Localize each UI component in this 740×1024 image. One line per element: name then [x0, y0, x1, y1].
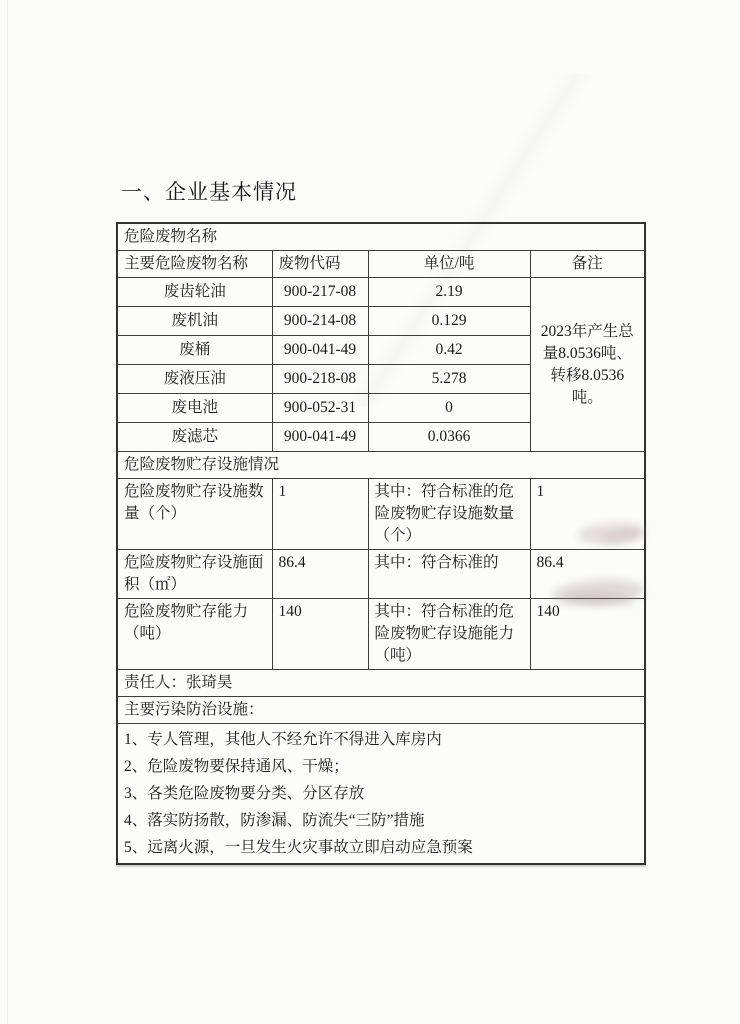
waste-name: 废液压油 — [117, 365, 272, 394]
measure-item: 2、危险废物要保持通风、干燥； — [124, 753, 638, 780]
scanned-document-page: 一、企业基本情况 危险废物名称 主要危险废物名称 废物代码 单位/吨 备注 废齿… — [0, 0, 740, 1024]
column-header-name: 主要危险废物名称 — [117, 251, 272, 278]
waste-qty: 0.0366 — [368, 423, 530, 452]
waste-qty: 5.278 — [368, 365, 530, 394]
waste-qty: 0 — [368, 394, 530, 423]
storage-label: 危险废物贮存设施数量（个） — [117, 479, 272, 550]
remark-cell: 2023年产生总量8.0536吨、 转移8.0536吨。 — [530, 278, 645, 452]
storage-sub-label: 其中：符合标准的危险废物贮存设施能力（吨） — [368, 599, 530, 670]
storage-value: 140 — [272, 599, 368, 670]
scan-edge-artifact — [7, 0, 8, 1024]
storage-label: 危险废物贮存能力（吨） — [117, 599, 272, 670]
waste-qty: 2.19 — [368, 278, 530, 307]
measure-item: 5、远离火源，一旦发生火灾事故立即启动应急预案 — [124, 834, 638, 861]
storage-sub-value: 1 — [530, 479, 645, 550]
table-row: 危险废物贮存设施数量（个） 1 其中：符合标准的危险废物贮存设施数量（个） 1 — [117, 479, 645, 550]
facilities-title: 主要污染防治设施： — [117, 697, 645, 724]
storage-value: 86.4 — [272, 550, 368, 599]
storage-sub-value: 140 — [530, 599, 645, 670]
waste-name: 废滤芯 — [117, 423, 272, 452]
waste-name: 废电池 — [117, 394, 272, 423]
waste-qty: 0.42 — [368, 336, 530, 365]
storage-sub-label: 其中：符合标准的危险废物贮存设施数量（个） — [368, 479, 530, 550]
storage-label: 危险废物贮存设施面积（㎡） — [117, 550, 272, 599]
waste-code: 900-041-49 — [272, 336, 368, 365]
measure-item: 4、落实防扬散，防渗漏、防流失“三防”措施 — [124, 807, 638, 834]
facilities-measures-cell: 1、专人管理，其他人不经允许不得进入库房内 2、危险废物要保持通风、干燥； 3、… — [117, 724, 645, 865]
storage-section-title: 危险废物贮存设施情况 — [117, 452, 645, 479]
responsible-person: 责任人：张琦昊 — [117, 670, 645, 697]
waste-code: 900-041-49 — [272, 423, 368, 452]
storage-sub-label: 其中：符合标准的 — [368, 550, 530, 599]
waste-code: 900-052-31 — [272, 394, 368, 423]
waste-code: 900-217-08 — [272, 278, 368, 307]
table-row: 危险废物名称 — [117, 223, 645, 251]
measure-item: 1、专人管理，其他人不经允许不得进入库房内 — [124, 726, 638, 753]
table-row: 主要污染防治设施： — [117, 697, 645, 724]
table-row: 危险废物贮存能力（吨） 140 其中：符合标准的危险废物贮存设施能力（吨） 14… — [117, 599, 645, 670]
page-title: 一、企业基本情况 — [121, 176, 297, 206]
column-header-unit: 单位/吨 — [368, 251, 530, 278]
waste-name: 废机油 — [117, 307, 272, 336]
column-header-code: 废物代码 — [272, 251, 368, 278]
table-row: 危险废物贮存设施情况 — [117, 452, 645, 479]
table-row: 责任人：张琦昊 — [117, 670, 645, 697]
waste-code: 900-218-08 — [272, 365, 368, 394]
table-row: 危险废物贮存设施面积（㎡） 86.4 其中：符合标准的 86.4 — [117, 550, 645, 599]
enterprise-info-table: 危险废物名称 主要危险废物名称 废物代码 单位/吨 备注 废齿轮油 900-21… — [116, 222, 646, 865]
measure-item: 3、各类危险废物要分类、分区存放 — [124, 780, 638, 807]
storage-value: 1 — [272, 479, 368, 550]
table-row: 1、专人管理，其他人不经允许不得进入库房内 2、危险废物要保持通风、干燥； 3、… — [117, 724, 645, 865]
waste-code: 900-214-08 — [272, 307, 368, 336]
table-row: 废齿轮油 900-217-08 2.19 2023年产生总量8.0536吨、 转… — [117, 278, 645, 307]
waste-section-title: 危险废物名称 — [117, 223, 645, 251]
waste-name: 废桶 — [117, 336, 272, 365]
storage-sub-value: 86.4 — [530, 550, 645, 599]
table-header-row: 主要危险废物名称 废物代码 单位/吨 备注 — [117, 251, 645, 278]
column-header-remark: 备注 — [530, 251, 645, 278]
waste-qty: 0.129 — [368, 307, 530, 336]
waste-name: 废齿轮油 — [117, 278, 272, 307]
